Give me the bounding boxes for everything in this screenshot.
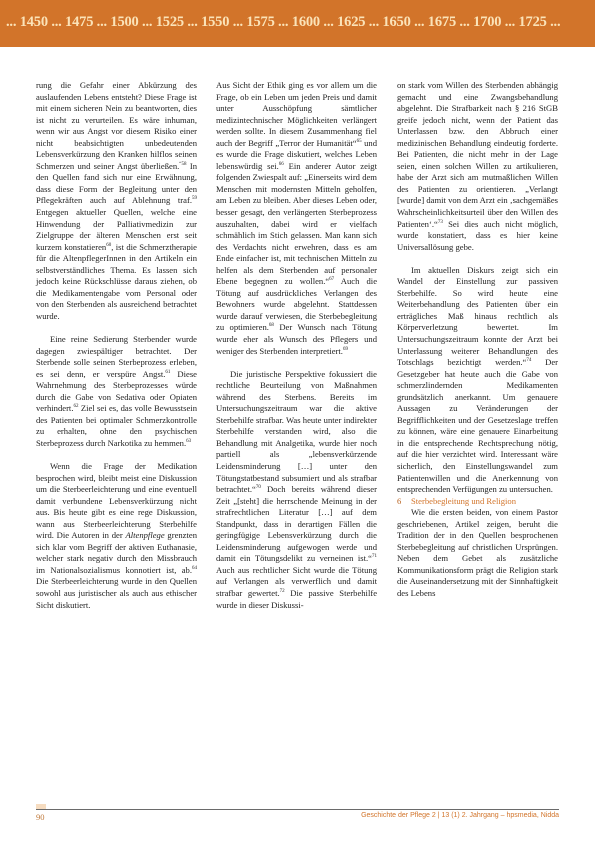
timeline-ellipsis: ... xyxy=(501,14,518,30)
footer-divider xyxy=(36,809,559,810)
journal-info: Geschichte der Pflege 2 | 13 (1) 2. Jahr… xyxy=(361,812,559,819)
paragraph: Wie die ersten beiden, von einem Pastor … xyxy=(397,507,558,599)
footnote-ref: 71 xyxy=(372,555,377,560)
footnote-ref: 69 xyxy=(343,347,348,352)
timeline-year: 1700 xyxy=(473,14,501,30)
timeline-year: 1675 xyxy=(428,14,456,30)
paragraph: Die juristische Perspektive fokussiert d… xyxy=(216,369,377,611)
timeline-year: 1475 xyxy=(65,14,93,30)
section-heading: 6Sterbebegleitung und Religion xyxy=(397,496,558,508)
footnote-ref: 63 xyxy=(186,439,191,444)
paragraph: Wenn die Frage der Medikation besprochen… xyxy=(36,461,197,611)
timeline-year: 1600 xyxy=(292,14,320,30)
timeline-year: 1575 xyxy=(246,14,274,30)
section-title: Sterbebegleitung und Religion xyxy=(411,496,516,506)
timeline-year: 1450 xyxy=(20,14,48,30)
paragraph: on stark vom Willen des Sterbenden abhän… xyxy=(397,80,558,253)
timeline-ellipsis: ... xyxy=(93,14,110,30)
text-column-2: Aus Sicht der Ethik ging es vor allem um… xyxy=(216,80,377,611)
timeline-year: 1550 xyxy=(201,14,229,30)
page-number: 90 xyxy=(36,812,45,822)
paragraph: Aus Sicht der Ethik ging es vor allem um… xyxy=(216,80,377,357)
footnote-ref: 59 xyxy=(192,197,197,202)
text-column-3: on stark vom Willen des Sterbenden abhän… xyxy=(397,80,558,600)
timeline-ellipsis: ... xyxy=(139,14,156,30)
paragraph: Eine reine Sedierung Sterbender wurde da… xyxy=(36,334,197,449)
paragraph: rung die Gefahr einer Abkürzung des ausl… xyxy=(36,80,197,322)
timeline-ellipsis: ... xyxy=(456,14,473,30)
timeline-year: 1500 xyxy=(110,14,138,30)
timeline-ellipsis: ... xyxy=(547,14,561,30)
timeline-year: 1525 xyxy=(156,14,184,30)
paragraph: Im aktuellen Diskurs zeigt sich ein Wand… xyxy=(397,265,558,496)
timeline-ellipsis: ... xyxy=(48,14,65,30)
timeline-ellipsis: ... xyxy=(275,14,292,30)
timeline-year: 1650 xyxy=(382,14,410,30)
timeline-years: ... 1450 ... 1475 ... 1500 ... 1525 ... … xyxy=(6,14,595,31)
timeline-year: 1625 xyxy=(337,14,365,30)
section-number: 6 xyxy=(397,496,411,508)
timeline-ellipsis: ... xyxy=(365,14,382,30)
timeline-ellipsis: ... xyxy=(320,14,337,30)
timeline-ellipsis: ... xyxy=(411,14,428,30)
footnote-ref: 64 xyxy=(192,566,197,571)
text-column-1: rung die Gefahr einer Abkürzung des ausl… xyxy=(36,80,197,611)
timeline-year: 1725 xyxy=(518,14,546,30)
timeline-ellipsis: ... xyxy=(184,14,201,30)
timeline-ellipsis: ... xyxy=(229,14,246,30)
footnote-ref: “58 xyxy=(179,162,186,167)
timeline-ellipsis: ... xyxy=(6,14,20,30)
journal-title: Altenpflege xyxy=(126,530,165,540)
timeline-header-band: ... 1450 ... 1475 ... 1500 ... 1525 ... … xyxy=(0,0,595,47)
